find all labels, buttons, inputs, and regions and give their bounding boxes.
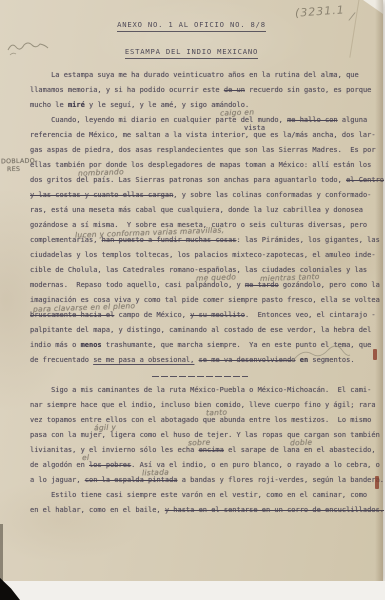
typed-line: Estilo tiene casi siempre este varón en …	[30, 488, 382, 503]
typed-text: gas aspas de piedra, dos asas resplandec…	[30, 146, 376, 154]
struck-text: y hasta en el sentarse en un corro de en…	[165, 506, 384, 514]
paper-sheet: (3231.1 / ANEXO NO. 1 AL OFICIO NO. 8/8 …	[0, 0, 383, 581]
pencil-annotation: tanto	[206, 405, 228, 421]
typed-text: menos	[81, 341, 102, 349]
document-title: ESTAMPA DEL INDIO MEXICANO	[0, 47, 383, 56]
typed-line: ciudadelas y los templos toltecas, los p…	[30, 248, 382, 263]
typed-text: de frecuentado	[30, 356, 93, 364]
typed-line: complementarias, han puesto a fundir muc…	[30, 233, 382, 248]
typed-line: gas aspas de piedra, dos asas resplandec…	[30, 143, 382, 158]
text-block-2: Sigo a mis caminantes de la ruta México-…	[30, 383, 382, 518]
typed-text: palpitante del mapa, y distingo, caminan…	[30, 326, 371, 334]
typed-text: mucho le	[30, 101, 68, 109]
typed-text: se me pasa a obsesional,	[93, 356, 194, 364]
typed-text: Sigo a mis caminantes de la ruta México-…	[30, 386, 371, 394]
page-corner-fold	[363, 0, 383, 14]
struck-text: los pobres	[89, 461, 131, 469]
typed-text: livianitas, y el invierno sólo les echa	[30, 446, 199, 454]
typed-line: de algodón en los pobres. Así va el indi…	[30, 458, 382, 473]
typed-line: dos gritos del país. Las Sierras patrona…	[30, 173, 382, 188]
archive-number: (3231.1	[295, 3, 346, 19]
typed-text: : las Pirámides, los gigantes, las	[237, 236, 380, 244]
scanned-document-page: (3231.1 / ANEXO NO. 1 AL OFICIO NO. 8/8 …	[0, 0, 385, 600]
typed-line: mucho le miré y le seguí, y le amé, y si…	[30, 98, 382, 113]
typed-line: y las costas y cuanto ellas cargan, y so…	[30, 188, 382, 203]
typed-text: Estilo tiene casi siempre este varón en …	[30, 491, 367, 499]
struck-text: me hallo con	[287, 116, 338, 124]
section-separator	[30, 368, 382, 383]
typed-text: indio más o	[30, 341, 81, 349]
typed-line: en el hablar, como en el baile, y hasta …	[30, 503, 382, 518]
typed-line: a lo jaguar, con la espalda pintada a ba…	[30, 473, 382, 488]
text-block-1: La estampa suya me ha durado veinticuatr…	[30, 68, 382, 368]
pencil-annotation: caigo en	[220, 104, 255, 120]
scanner-background	[0, 581, 385, 600]
pencil-swirl	[290, 344, 352, 368]
typed-text: miré	[68, 101, 85, 109]
typed-line: palpitante del mapa, y distingo, caminan…	[30, 323, 382, 338]
pencil-annotation: nombrando	[78, 164, 124, 181]
pencil-annotation: ágil y	[94, 420, 117, 436]
typed-text: recuerdo sin gasto, es porque	[245, 86, 371, 94]
typed-line: La estampa suya me ha durado veinticuatr…	[30, 68, 382, 83]
typed-text: referencia de México, me saltan a la vis…	[30, 131, 376, 139]
struck-text: y las costas y cuanto ellas cargan	[30, 191, 173, 199]
typed-body: La estampa suya me ha durado veinticuatr…	[30, 68, 382, 518]
separator-rule	[152, 376, 248, 377]
red-edge-mark	[375, 476, 379, 489]
struck-text: y su meollito	[190, 311, 245, 319]
typed-text: a bandas y flores roji-verdes, según la …	[178, 476, 385, 484]
title-text: ESTAMPA DEL INDIO MEXICANO	[125, 47, 258, 59]
typed-line: bruscamente hacia el campo de México, y …	[30, 308, 382, 323]
pencil-annotation: RES	[7, 162, 21, 177]
header-text: ANEXO NO. 1 AL OFICIO NO. 8/8	[117, 20, 266, 32]
typed-text: alguna	[338, 116, 368, 124]
pencil-annotation: doble	[290, 435, 313, 451]
typed-text: ras, está una meseta más cabal que cualq…	[30, 206, 363, 214]
pencil-annotation: mientras tanto	[260, 269, 320, 286]
pencil-annotation: el	[82, 450, 90, 465]
typed-text: en el hablar, como en el baile,	[30, 506, 165, 514]
typed-line: Sigo a mis caminantes de la ruta México-…	[30, 383, 382, 398]
struck-text: de un	[224, 86, 245, 94]
pencil-annotation: listada	[142, 465, 170, 481]
typed-line: ras, está una meseta más cabal que cualq…	[30, 203, 382, 218]
typed-line: Cuando, leyendo mi diario en cualquier p…	[30, 113, 382, 128]
pencil-annotation: vista	[244, 121, 265, 136]
typed-text: vez topamos entre ellos con el abotagado…	[30, 416, 371, 424]
red-edge-mark	[373, 349, 377, 360]
struck-text: el Centro	[346, 176, 384, 184]
typed-text: llamamos memoria, y si ha podido ocurrir…	[30, 86, 224, 94]
typed-line: referencia de México, me saltan a la vis…	[30, 128, 382, 143]
document-header: ANEXO NO. 1 AL OFICIO NO. 8/8	[0, 20, 383, 29]
typed-text: La estampa suya me ha durado veinticuatr…	[30, 71, 359, 79]
struck-text: se me va desenvolviendo	[199, 356, 296, 364]
page-left-edge-shadow	[0, 524, 3, 582]
typed-text: ciudadelas y los templos toltecas, los p…	[30, 251, 376, 259]
typed-text: de algodón en	[30, 461, 89, 469]
typed-text: nar siempre hace que el indio, incluso b…	[30, 401, 376, 409]
pencil-annotation: sobre	[188, 435, 211, 451]
typed-line: vez topamos entre ellos con el abotagado…	[30, 413, 382, 428]
pencil-annotation: me quedo	[196, 269, 237, 285]
typed-text: , y sobre las colinas conformadas y conf…	[173, 191, 371, 199]
typed-line: llamamos memoria, y si ha podido ocurrir…	[30, 83, 382, 98]
typed-text: . Entonces veo, el cintarajo -	[245, 311, 376, 319]
typed-text: a lo jaguar,	[30, 476, 85, 484]
typed-line: modernas. Repaso todo aquello, casi palp…	[30, 278, 382, 293]
